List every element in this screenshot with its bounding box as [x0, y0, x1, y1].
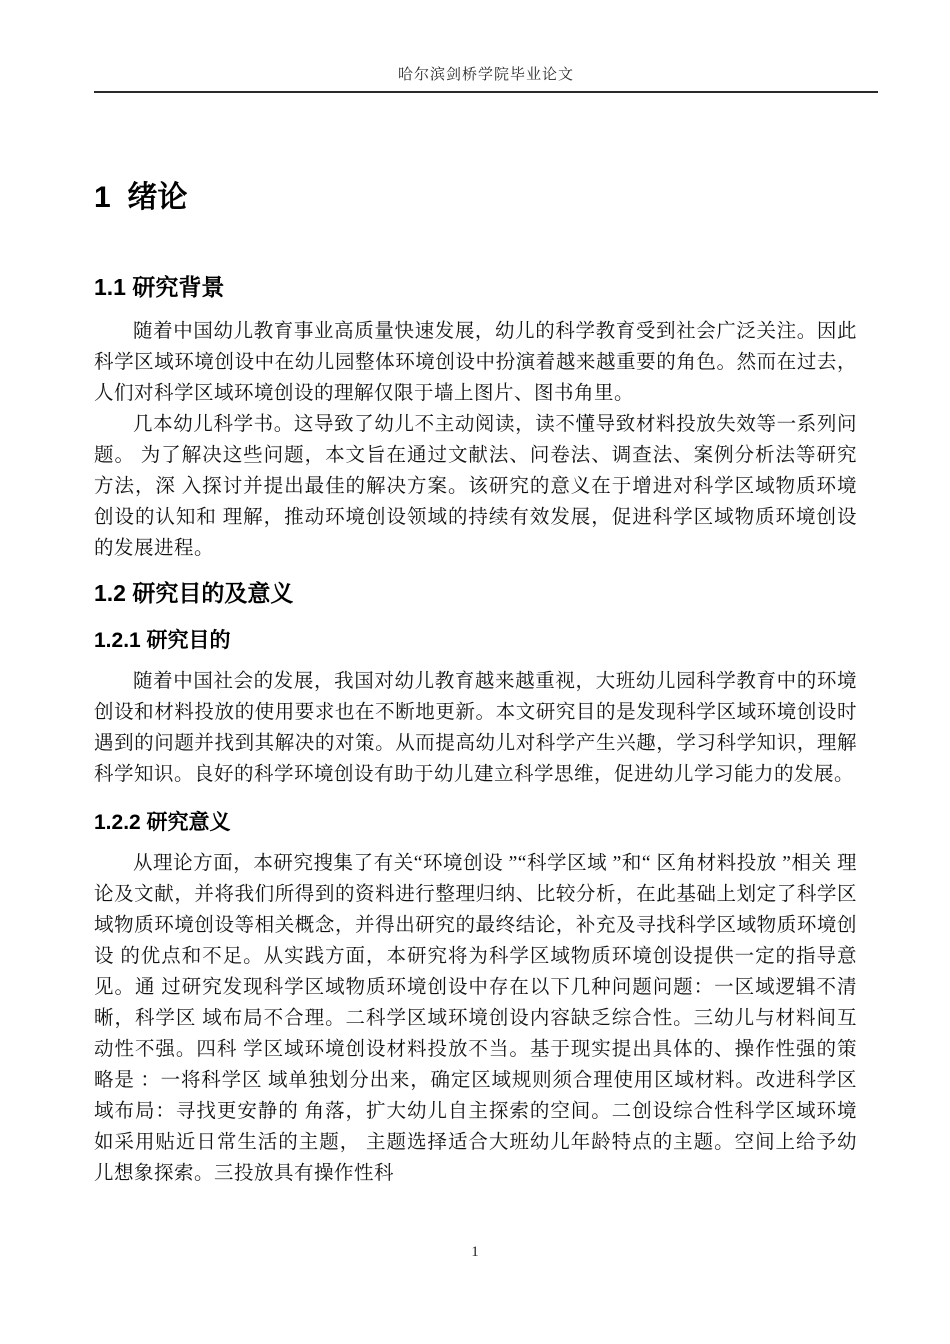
section-1-1-paragraph-1: 随着中国幼儿教育事业高质量快速发展，幼儿的科学教育受到社会广泛关注。因此科学区域… — [94, 316, 857, 409]
document-page: 哈尔滨剑桥学院毕业论文 1 绪论 1.1 研究背景 随着中国幼儿教育事业高质量快… — [0, 0, 950, 1344]
section-1-2-1-paragraph: 随着中国社会的发展，我国对幼儿教育越来越重视，大班幼儿园科学教育中的环境创设和材… — [94, 666, 857, 790]
section-1-2-2-paragraph: 从理论方面，本研究搜集了有关“环境创设 ”“科学区域 ”和“ 区角材料投放 ”相… — [94, 848, 857, 1189]
running-header: 哈尔滨剑桥学院毕业论文 — [94, 63, 878, 93]
page-footer: 1 — [0, 1244, 950, 1261]
section-1-1-heading: 1.1 研究背景 — [94, 272, 857, 302]
section-1-1-paragraph-2: 几本幼儿科学书。这导致了幼儿不主动阅读，读不懂导致材料投放失效等一系列问题。 为… — [94, 409, 857, 564]
section-1-2-heading: 1.2 研究目的及意义 — [94, 578, 857, 608]
document-content: 1 绪论 1.1 研究背景 随着中国幼儿教育事业高质量快速发展，幼儿的科学教育受… — [94, 168, 857, 1189]
running-header-title: 哈尔滨剑桥学院毕业论文 — [398, 67, 574, 83]
section-1-2-2-heading: 1.2.2 研究意义 — [94, 810, 857, 836]
section-1-2-1-heading: 1.2.1 研究目的 — [94, 628, 857, 654]
page-number: 1 — [471, 1244, 479, 1260]
chapter-1-heading: 1 绪论 — [94, 180, 857, 216]
